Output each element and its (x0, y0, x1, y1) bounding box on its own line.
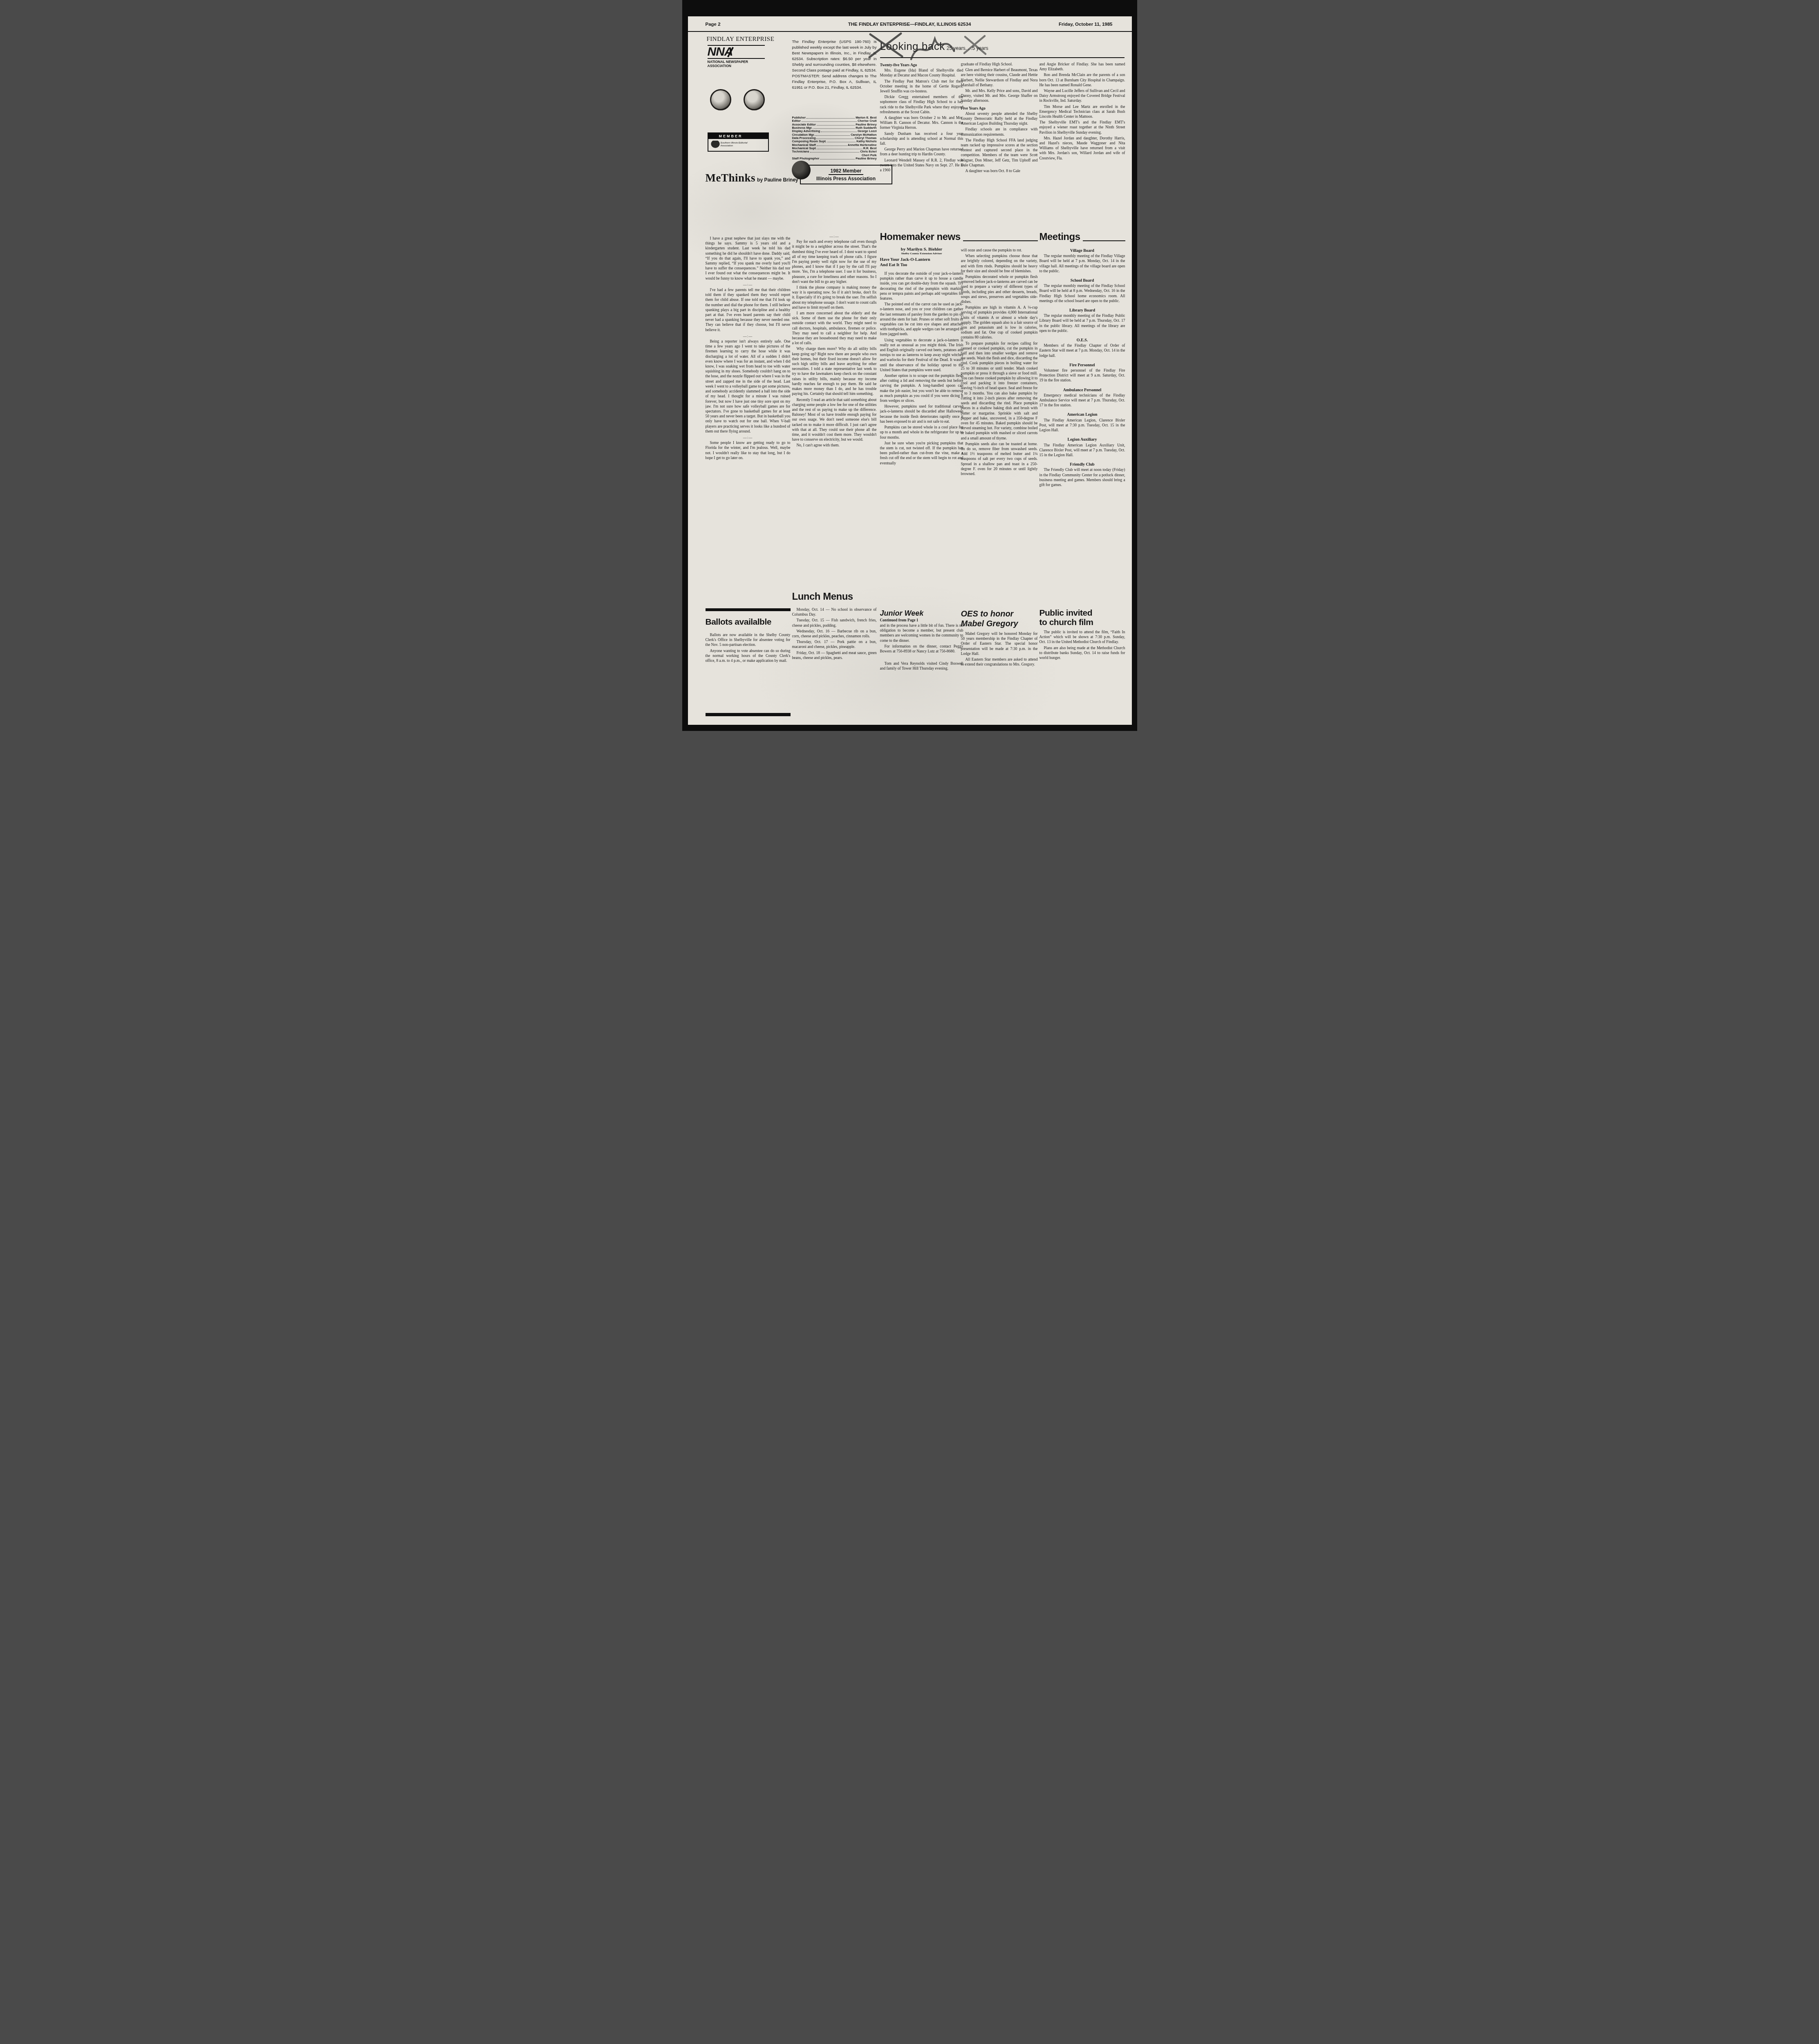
paragraph: Another option is to scrape out the pump… (880, 374, 963, 403)
looking-back-column-1: Twenty-five Years Ago Mrs. Eugene (Ida) … (880, 62, 963, 174)
meeting-item: School BoardThe regular monthly meeting … (1039, 278, 1125, 304)
homemaker-byline-title: Shelby County Extension Adviser (880, 252, 963, 255)
oes-title-2: Mabel Gregory (961, 619, 1038, 629)
paragraph: Ballots are now available in the Shelby … (706, 633, 791, 648)
ballots-rule-top (706, 608, 791, 611)
paragraph: The Findlay High School FFA land judging… (961, 138, 1038, 168)
homemaker-subhead-2: And Eat It Too (880, 263, 963, 268)
meeting-text: The regular monthly meeting of the Findl… (1039, 284, 1125, 304)
paragraph: Why charge them more? Why do all utility… (792, 347, 877, 397)
junior-week-title: Junior Week (880, 609, 963, 618)
meeting-title: American Legion (1039, 412, 1125, 417)
meeting-title: Fire Personnel (1039, 363, 1125, 368)
scan-border-left (682, 0, 688, 731)
paragraph: Some people I know are getting ready to … (706, 441, 791, 461)
section-divider: —:— (792, 234, 877, 239)
lunch-item: Wednesday, Oct. 16 — Barbecue rib on a b… (792, 629, 877, 639)
meeting-text: Members of the Findlay Chapter of Order … (1039, 343, 1125, 359)
paragraph: About seventy people attended the Shelby… (961, 112, 1038, 127)
member-box: MEMBER Southern Illinois Editorial Assoc… (708, 132, 769, 152)
methinks-header: MeThinks by Pauline Briney (706, 172, 877, 184)
paragraph: Pumpkins decorated whole or pumpkin fles… (961, 275, 1038, 305)
looking-back-title: Looking back (880, 40, 945, 52)
homemaker-byline: by Marilyn S. Biehler (880, 247, 963, 252)
header-rule (688, 31, 1132, 32)
staff-role: Staff Photographer (792, 157, 820, 160)
visit-note: Tom and Vera Reynolds visited Cindy Bosw… (880, 661, 963, 671)
homemaker-column-1: If you decorate the outside of your jack… (880, 271, 963, 467)
meeting-item: Library BoardThe regular monthly meeting… (1039, 308, 1125, 334)
ballots-rule-bottom (706, 713, 791, 716)
paragraph: will ooze and cause the pumpkin to rot. (961, 248, 1038, 253)
paragraph: The pointed end of the carrot can be use… (880, 302, 963, 337)
meeting-text: Emergency medical technicians of the Fin… (1039, 393, 1125, 408)
junior-week-section: Junior Week Continued from Page 1 and in… (880, 609, 963, 672)
meeting-item: American LegionThe Findlay American Legi… (1039, 412, 1125, 433)
award-seal-left-icon (710, 89, 731, 112)
meeting-title: Village Board (1039, 249, 1125, 253)
meeting-title: Ambulance Personnel (1039, 388, 1125, 393)
oes-honor-section: OES to honor Mabel Gregory Mabel Gregory… (961, 609, 1038, 668)
section-divider: —:— (706, 334, 791, 338)
masthead-name: FINDLAY ENTERPRISE (707, 36, 775, 43)
paragraph: Being a reporter isn't always entirely s… (706, 339, 791, 434)
nna-caption-2: ASSOCIATION (708, 64, 769, 68)
paragraph: If you decorate the outside of your jack… (880, 271, 963, 301)
paragraph: Mrs. Hazel Jordan and daughter, Dorothy … (1039, 136, 1125, 161)
paragraph: I've had a few parents tell me that thei… (706, 288, 791, 333)
section-divider: —:— (706, 435, 791, 440)
staff-name: Pauline Briney (856, 157, 876, 160)
looking-back-rule (880, 57, 1125, 58)
paragraph: The Shelbyville EMT's and the Findlay EM… (1039, 120, 1125, 135)
lunch-item: Tuesday, Oct. 15 — Fish sandwich, french… (792, 618, 877, 628)
church-film-title-2: to church film (1039, 618, 1125, 627)
lunch-item: Thursday, Oct. 17 — Pork pattie on a bun… (792, 640, 877, 650)
meeting-text: The regular monthly meeting of the Findl… (1039, 314, 1125, 334)
paragraph: The Findlay Past Matron's Club met for t… (880, 79, 963, 94)
methinks-byline: by Pauline Briney (757, 177, 798, 183)
paragraph: Tim Morse and Lee Martz are enrolled in … (1039, 105, 1125, 120)
meeting-item: Friendly ClubThe Friendly Club will meet… (1039, 462, 1125, 488)
publication-statement: The Findlay Enterprise (USPS 190-760) is… (792, 39, 877, 91)
issue-date: Friday, October 11, 1985 (1059, 22, 1112, 27)
paragraph: A daughter was born Oct. 8 to Gale (961, 169, 1038, 174)
paragraph: When selecting pumpkins choose those tha… (961, 254, 1038, 274)
lunch-item: Monday, Oct. 14 — No school in observanc… (792, 607, 877, 617)
meeting-title: Legion Auxiliary (1039, 437, 1125, 442)
looking-back-column-2: graduate of Findlay High School. Glen an… (961, 62, 1038, 175)
paragraph: and Angie Bricker of Findlay. She has be… (1039, 62, 1125, 72)
meeting-text: The Findlay American Legion, Clarence Bi… (1039, 418, 1125, 433)
church-film-title-1: Public invited (1039, 608, 1125, 618)
scan-border-right (1132, 0, 1137, 731)
paragraph: Dickie Gregg entertained members of the … (880, 95, 963, 115)
meetings-list: Village BoardThe regular monthly meeting… (1039, 249, 1125, 492)
meeting-text: Volunteer fire personnel of the Findlay … (1039, 368, 1125, 383)
paragraph: Pay for each and every telephone call ev… (792, 240, 877, 285)
junior-week-continued: Continued from Page 1 (880, 619, 963, 623)
paragraph: No, I can't agree with them. (792, 443, 877, 448)
paragraph: A daughter was born October 2 to Mr. and… (880, 116, 963, 131)
homemaker-column-2: will ooze and cause the pumpkin to rot. … (961, 248, 1038, 477)
staff-list: PublisherMarion E. Best EditorCherise Cr… (792, 116, 877, 160)
lb-head-25-years: Twenty-five Years Ago (880, 63, 963, 68)
paragraph: I have a great nephew that just slays me… (706, 236, 791, 281)
scan-border-bottom (682, 725, 1137, 731)
paragraph: Mr. and Mrs. Kelly Price and sons, David… (961, 89, 1038, 104)
looking-back-column-3: and Angie Bricker of Findlay. She has be… (1039, 62, 1125, 162)
church-film-section: Public invited to church film The public… (1039, 608, 1125, 661)
homemaker-byline-block: by Marilyn S. Biehler Shelby County Exte… (880, 247, 963, 268)
lunch-menus-title: Lunch Menus (792, 591, 853, 603)
meeting-item: Ambulance PersonnelEmergency medical tec… (1039, 388, 1125, 408)
section-divider: —:— (706, 282, 791, 287)
paragraph: Mrs. Eugene (Ida) Bland of Shelbyville d… (880, 68, 963, 78)
paragraph: Findlay schools are in compliance with i… (961, 127, 1038, 137)
scan-border-top (682, 0, 1137, 16)
paragraph: Pumpkin seeds also can be toasted at hom… (961, 442, 1038, 477)
looking-back-header: Looking back 25 years. . .5 years (880, 40, 1125, 53)
methinks-column-2: —:— Pay for each and every telephone cal… (792, 234, 877, 449)
methinks-column-1: I have a great nephew that just slays me… (706, 236, 791, 462)
lunch-item: Friday, Oct. 18 — Spaghetti and meat sau… (792, 651, 877, 661)
paragraph: All Eastern Star members are asked to at… (961, 657, 1038, 667)
meeting-item: Village BoardThe regular monthly meeting… (1039, 249, 1125, 274)
paragraph: Leonard Wendell Massey of R.R. 2, Findla… (880, 158, 963, 173)
member-label: MEMBER (708, 133, 768, 139)
homemaker-title: Homemaker news (880, 231, 961, 243)
paragraph: Using vegetables to decorate a jack-o-la… (880, 338, 963, 373)
paragraph: Pumpkins can be stored whole in a cool p… (880, 425, 963, 440)
meetings-header: Meetings (1039, 231, 1125, 243)
paragraph: George Perry and Marion Chapman have ret… (880, 147, 963, 157)
lunch-menus-list: Monday, Oct. 14 — No school in observanc… (792, 607, 877, 661)
looking-back-subtitle: 25 years. . .5 years (947, 45, 988, 51)
meeting-title: School Board (1039, 278, 1125, 283)
meeting-text: The Friendly Club will meet at noon toda… (1039, 468, 1125, 488)
paragraph: Pumpkins are high in vitamin A. A ¼-cup … (961, 305, 1038, 340)
award-seal-right-icon (744, 89, 765, 112)
paragraph: For information on the dinner, contact P… (880, 644, 963, 654)
meeting-text: The regular monthly meeting of the Findl… (1039, 254, 1125, 274)
homemaker-header: Homemaker news (880, 231, 1038, 243)
paragraph: Plans are also being made at the Methodi… (1039, 646, 1125, 661)
meeting-title: Library Board (1039, 308, 1125, 313)
paragraph: To prepare pumpkin for recipes calling f… (961, 341, 1038, 441)
meetings-title: Meetings (1039, 231, 1080, 243)
newspaper-page: Page 2 THE FINDLAY ENTERPRISE—FINDLAY, I… (682, 0, 1137, 731)
methinks-title: MeThinks (706, 172, 756, 184)
paragraph: I am more concerned about the elderly an… (792, 311, 877, 346)
meeting-item: O.E.S.Members of the Findlay Chapter of … (1039, 338, 1125, 359)
meeting-item: Fire PersonnelVolunteer fire personnel o… (1039, 363, 1125, 383)
paragraph: However, pumpkins used for traditional c… (880, 404, 963, 424)
lb-head-5-years: Five Years Ago (961, 106, 1038, 111)
paragraph: Just be sure when you're picking pumpkin… (880, 441, 963, 466)
nna-logo: NNA NATIONAL NEWSPAPER ASSOCIATION (708, 45, 769, 68)
meeting-item: Legion AuxiliaryThe Findlay American Leg… (1039, 437, 1125, 458)
paragraph: The public is invited to attend the film… (1039, 630, 1125, 645)
paragraph: graduate of Findlay High School. (961, 62, 1038, 67)
member-caption-1: Southern Illinois Editorial (721, 142, 748, 145)
ballots-body: Ballots are now available in the Shelby … (706, 633, 791, 664)
meeting-title: O.E.S. (1039, 338, 1125, 343)
paragraph: and in the process have a little bit of … (880, 623, 963, 643)
paragraph: Sandy Dunham has received a four year sc… (880, 132, 963, 147)
editorial-association-eagle-icon (710, 141, 721, 149)
homemaker-subhead-1: Have Your Jack-O-Lantern (880, 258, 963, 263)
meeting-text: The Findlay American Legion Auxiliary Un… (1039, 443, 1125, 458)
nna-logo-icon: NNA (708, 46, 769, 58)
paragraph: Ron and Brenda McClain are the parents o… (1039, 73, 1125, 88)
paragraph: I think the phone company is making mone… (792, 285, 877, 310)
ballots-title: Ballots availalble (706, 617, 771, 627)
meeting-title: Friendly Club (1039, 462, 1125, 467)
paragraph: Glen and Bernice Harbert of Beaumont, Te… (961, 68, 1038, 88)
paragraph: Anyone wanting to vote absentee can do s… (706, 649, 791, 664)
paragraph: Mabel Gregory will be honored Monday for… (961, 632, 1038, 657)
member-caption-2: Association (721, 145, 748, 148)
paragraph: Recently I read an article that said som… (792, 398, 877, 443)
staff-role: Technicians (792, 150, 809, 153)
oes-title-1: OES to honor (961, 609, 1038, 619)
paragraph: Wayne and Lucille Jeffers of Sullivan an… (1039, 89, 1125, 104)
